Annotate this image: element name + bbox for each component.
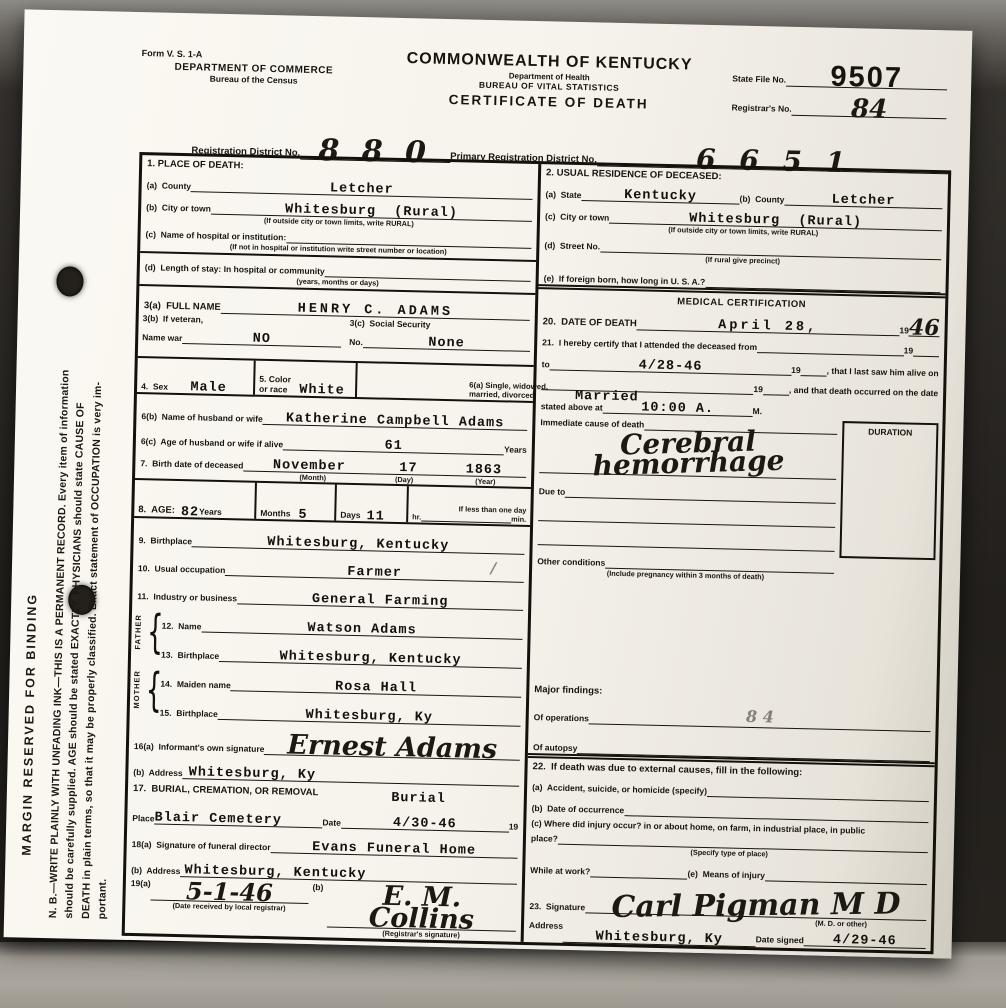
dod-year: 46 [909,315,940,342]
m-label: M. [752,406,762,417]
mother-block: MOTHER { 14. Maiden name Rosa Hall 15. B… [130,660,527,727]
occupation-label: 10. Usual occupation [138,564,226,577]
duration-label: DURATION [841,423,936,558]
left-column: 1. PLACE OF DEATH: (a) County Letcher (b… [125,155,542,941]
ss-value: None [428,336,465,352]
burial-type-value: Burial [391,791,446,807]
county-label: (a) County [147,180,192,192]
birth-year: 1863 [465,463,502,479]
residence-county-value: Letcher [831,193,895,209]
certify-block: 21. I hereby certify that I attended the… [536,328,945,421]
autopsy-label: Of autopsy [533,743,578,755]
mother-brace: { [145,661,153,719]
due-to-label: Due to [539,486,566,498]
father-name-label: 12. Name [162,621,202,633]
death-certificate-scan: MARGIN RESERVED FOR BINDING N. B.—WRITE … [0,0,1006,1008]
certificate-body: 1. PLACE OF DEATH: (a) County Letcher (b… [122,152,952,954]
date-received-value: 5-1-46 [186,877,273,908]
age-years-cell: 8. AGE: 82 Years [134,480,255,519]
father-side-label: FATHER [131,602,145,660]
injury-place-label: place? [531,834,558,846]
burial-place-label: Place [132,813,154,825]
margin-binding-note: MARGIN RESERVED FOR BINDING [19,308,45,856]
informant-address-label: (b) Address [133,767,183,779]
operations-stray-mark: 8 4 [746,707,774,727]
burial-label: 17. BURIAL, CREMATION, OR REMOVAL [133,783,319,799]
date-signed-value: 4/29-46 [833,933,897,949]
birthplace-label: 9. Birthplace [138,536,192,548]
burial-date-label: Date [322,818,341,829]
time-of-death-value: 10:00 A. [641,401,714,418]
certify-to-label: to [542,359,550,370]
date-signed-label: Date signed [756,934,804,946]
birth-month: November [273,458,346,475]
form-header: Form V. S. 1-A DEPARTMENT OF COMMERCE Bu… [141,44,948,119]
section-usual-residence: 2. USUAL RESIDENCE OF DECEASED: (a) Stat… [538,164,948,298]
mother-birthplace-label: 15. Birthplace [160,708,218,720]
registrar-row: 19(a) 5-1-46 (Date received by local reg… [125,876,522,941]
header-agency: Form V. S. 1-A DEPARTMENT OF COMMERCE Bu… [141,44,367,106]
ss-no-row: No. None [349,329,530,352]
external-causes-block: 22. If death was due to external causes,… [525,758,935,884]
physician-block: 23. Signature Carl Pigman M D Address Wh… [524,875,932,950]
registrar-no-row: Registrar's No. 84 [731,91,946,119]
age-months-unit: Months [260,508,290,520]
registrar-no-label: Registrar's No. [731,102,791,115]
state-file-label: State File No. [732,73,786,86]
sex-value: Male [190,381,227,397]
county-value: Letcher [330,181,394,197]
sex-label: 4. Sex [141,381,168,393]
residence-state-label: (a) State [545,189,581,201]
spouse-age-suffix: Years [504,445,527,457]
cause-of-death-value: Cerebral hemorrhage [539,429,837,477]
director-address-label: (b) Address [131,865,181,877]
veteran-war-row: Name war NO [142,324,341,348]
informant-signature: Ernest Adams [287,730,497,766]
certify-19c: 19 [753,384,763,395]
residence-city-label: (c) City or town [545,211,609,223]
ss-no-label: No. [349,337,363,348]
header-title-block: COMMONWEALTH OF KENTUCKY Department of H… [366,49,733,114]
physician-address-label: Address [529,912,563,932]
section-place-of-death: 1. PLACE OF DEATH: (a) County Letcher (b… [139,155,538,295]
state-file-number: 9507 [830,61,903,95]
certify-19b: 19 [791,365,801,376]
age-years-value: 82 [181,507,199,520]
age-months-value: 5 [298,510,307,522]
color-cell: 5. Color or race White [253,361,356,397]
age-days-cell: Days 11 [334,485,407,523]
date-of-death-value: April 28, [718,318,818,335]
physician-signature: Carl Pigman M D [611,893,900,918]
physician-address-value: Whitesburg, Ky [595,929,723,947]
stray-pencil-mark: / [490,564,496,575]
burial-date-value: 4/30-46 [393,816,457,832]
social-security-block: 3(c) Social Security No. None [345,317,535,365]
father-block: FATHER { 12. Name Watson Adams 13. Birth… [131,602,528,669]
city-label: (b) City or town [146,202,211,214]
cause-lines: Immediate cause of death Cerebral hemorr… [530,412,843,689]
spouse-age-value: 61 [384,439,403,454]
veteran-value: NO [253,332,272,347]
residence-county-label: (b) County [739,194,784,206]
registrar-b-label: (b) [308,882,327,892]
cause-value-row: Cerebral hemorrhage [534,428,842,480]
birth-day: 17 [399,461,418,476]
mother-name-value: Rosa Hall [335,680,417,697]
hr-label: hr. [412,513,421,522]
residence-state-value: Kentucky [624,188,697,205]
certify-19a: 19 [904,346,914,357]
cause-of-death-block: Immediate cause of death Cerebral hemorr… [530,412,943,691]
min-label: min. [511,515,526,524]
name-war-label: Name war [142,332,182,344]
mother-name-label: 14. Maiden name [160,679,231,692]
father-fields: 12. Name Watson Adams 13. Birthplace Whi… [156,603,528,669]
age-years-unit: Years [199,507,222,519]
father-name-value: Watson Adams [307,621,417,638]
color-label: 5. Color or race [259,374,293,396]
state-file-row: State File No. 9507 [732,59,948,90]
registrar-number: 84 [851,94,888,125]
mother-fields: 14. Maiden name Rosa Hall 15. Birthplace… [155,661,527,727]
father-brace: { [147,603,155,661]
received-label: 19(a) [131,878,151,889]
age-months-cell: Months 5 [254,483,335,521]
mother-side-label: MOTHER [130,660,144,718]
veteran-block: 3(b) If veteran, Name war NO [138,312,346,361]
occupation-value: Farmer [347,565,402,581]
day-hint: (Day) [369,475,440,486]
right-column: 2. USUAL RESIDENCE OF DECEASED: (a) Stat… [524,164,949,951]
margin-nb-note: N. B.—WRITE PLAINLY WITH UNFADING INK—TH… [45,40,130,919]
registrar-signature: E. M. Collins [368,881,474,936]
certificate-paper: MARGIN RESERVED FOR BINDING N. B.—WRITE … [4,9,973,958]
burial-date-suffix: 19 [509,822,519,833]
age-days-unit: Days [340,510,361,521]
age-label: 8. AGE: [138,505,175,518]
street-label: (d) Street No. [544,240,600,252]
header-file-numbers: State File No. 9507 Registrar's No. 84 [731,57,947,119]
age-less-cell: If less than one day hr. min. [406,487,531,526]
duration-box: DURATION [839,421,938,560]
age-days-value: 11 [366,512,384,525]
color-value: White [299,383,345,399]
sex-cell: 4. Sex Male [137,358,254,395]
foreign-born-label: (e) If foreign born, how long in U. S. A… [544,273,706,288]
attended-to-value: 4/28-46 [638,359,702,375]
occurrence-date-label: (b) Date of occurrence [532,804,625,817]
burial-block: 17. BURIAL, CREMATION, OR REMOVAL Burial… [127,778,524,833]
